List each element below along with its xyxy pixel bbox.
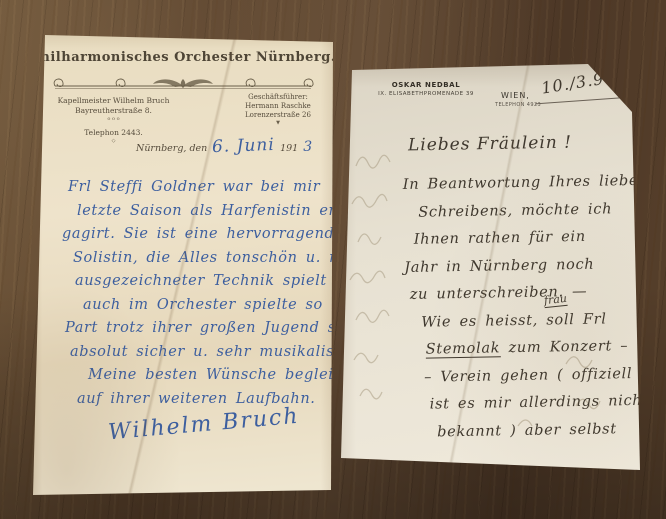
right-letter-page: OSKAR NEDBAL IX. ELISABETHPROMENADE 39 W…: [338, 58, 640, 474]
geschaeftsfuehrer-label: Geschäftsführer:: [218, 93, 338, 102]
handwritten-line: absolut sicher u. sehr musikalisch.: [70, 341, 334, 365]
right-letter-oskar-nedbal: OSKAR NEDBAL IX. ELISABETHPROMENADE 39 W…: [338, 58, 640, 474]
left-letter-page: Philharmonisches Orchester Nürnberg. Kap…: [30, 30, 336, 498]
line-after-underlined-word: zum Konzert –: [500, 338, 628, 356]
letterhead-title: Philharmonisches Orchester Nürnberg.: [30, 50, 336, 65]
right-letter-handwritten-body: In Beantwortung Ihres lieben Schreibens,…: [396, 168, 641, 447]
geschaeftsfuehrer-name-line: Hermann Raschke: [218, 102, 338, 111]
dateline-year-printed: 191: [280, 143, 298, 154]
kapellmeister-name-line: Kapellmeister Wilhelm Bruch: [46, 96, 181, 106]
inserted-word-above-line: frau: [543, 292, 567, 308]
geschaeftsfuehrer-address-line: Lorenzerstraße 26: [218, 111, 338, 120]
handwritten-line: – Verein gehen ( offiziell: [424, 360, 639, 391]
letterhead-address: IX. ELISABETHPROMENADE 39: [346, 91, 506, 97]
letterhead-name: OSKAR NEDBAL: [366, 81, 486, 89]
handwritten-line: Meine besten Wünsche begleiten sie: [88, 364, 334, 388]
letterhead-right-column: Geschäftsführer: Hermann Raschke Lorenze…: [218, 93, 338, 127]
handwritten-line: bekannt ) aber selbst: [437, 415, 640, 446]
handwritten-line: ist es mir allerdings nicht: [429, 388, 639, 419]
salutation: Liebes Fräulein !: [408, 133, 572, 156]
handwritten-line: zu unterschreiben. —: [410, 278, 638, 309]
dateline-year-digit-handwritten: 3: [303, 139, 312, 155]
kapellmeister-address-line: Bayreutherstraße 8.: [46, 106, 181, 116]
handwritten-line: Schreibens, möchte ich: [418, 195, 636, 226]
handwritten-line: Ihnen rathen für ein: [414, 223, 637, 254]
handwritten-line: letzte Saison als Harfenistin en-: [77, 200, 334, 224]
wooden-table-background: Philharmonisches Orchester Nürnberg. Kap…: [0, 0, 666, 519]
dateline-place-printed: Nürnberg, den: [136, 143, 207, 154]
triangle-ornament: ▼: [218, 120, 338, 127]
handwritten-line: gagirt. Sie ist eine hervorragende: [62, 223, 334, 247]
left-letter-handwritten-body: Frl Steffi Goldner war bei mir letzte Sa…: [48, 176, 334, 411]
handwritten-line: Jahr in Nürnberg noch: [404, 250, 637, 282]
dateline: Nürnberg, den 6. Juni 191 3: [136, 136, 356, 156]
underlined-name-stemolak: Stemolak: [426, 340, 501, 358]
dateline-day-handwritten: 6. Juni: [212, 135, 275, 157]
circles-ornament: o o o: [46, 116, 181, 123]
handwritten-line: Wie es heisst, soll Frl: [421, 305, 638, 336]
handwritten-line: Solistin, die Alles tonschön u. mit: [73, 247, 334, 271]
handwritten-line: Part trotz ihrer großen Jugend stets: [65, 317, 334, 341]
letterhead-place: WIEN,: [501, 91, 530, 100]
handwritten-line-with-underline: Stemolak zum Konzert –: [425, 333, 638, 364]
handwritten-line: ausgezeichneter Technik spielt u.: [75, 270, 334, 294]
handwritten-line: auch im Orchester spielte so ihren: [83, 294, 334, 318]
decorative-flourish-rule: [51, 76, 315, 92]
left-letter-philharmonic-orchestra: Philharmonisches Orchester Nürnberg. Kap…: [30, 30, 336, 498]
handwritten-line: Frl Steffi Goldner war bei mir: [68, 176, 334, 200]
handwritten-line: In Beantwortung Ihres lieben: [403, 168, 636, 200]
